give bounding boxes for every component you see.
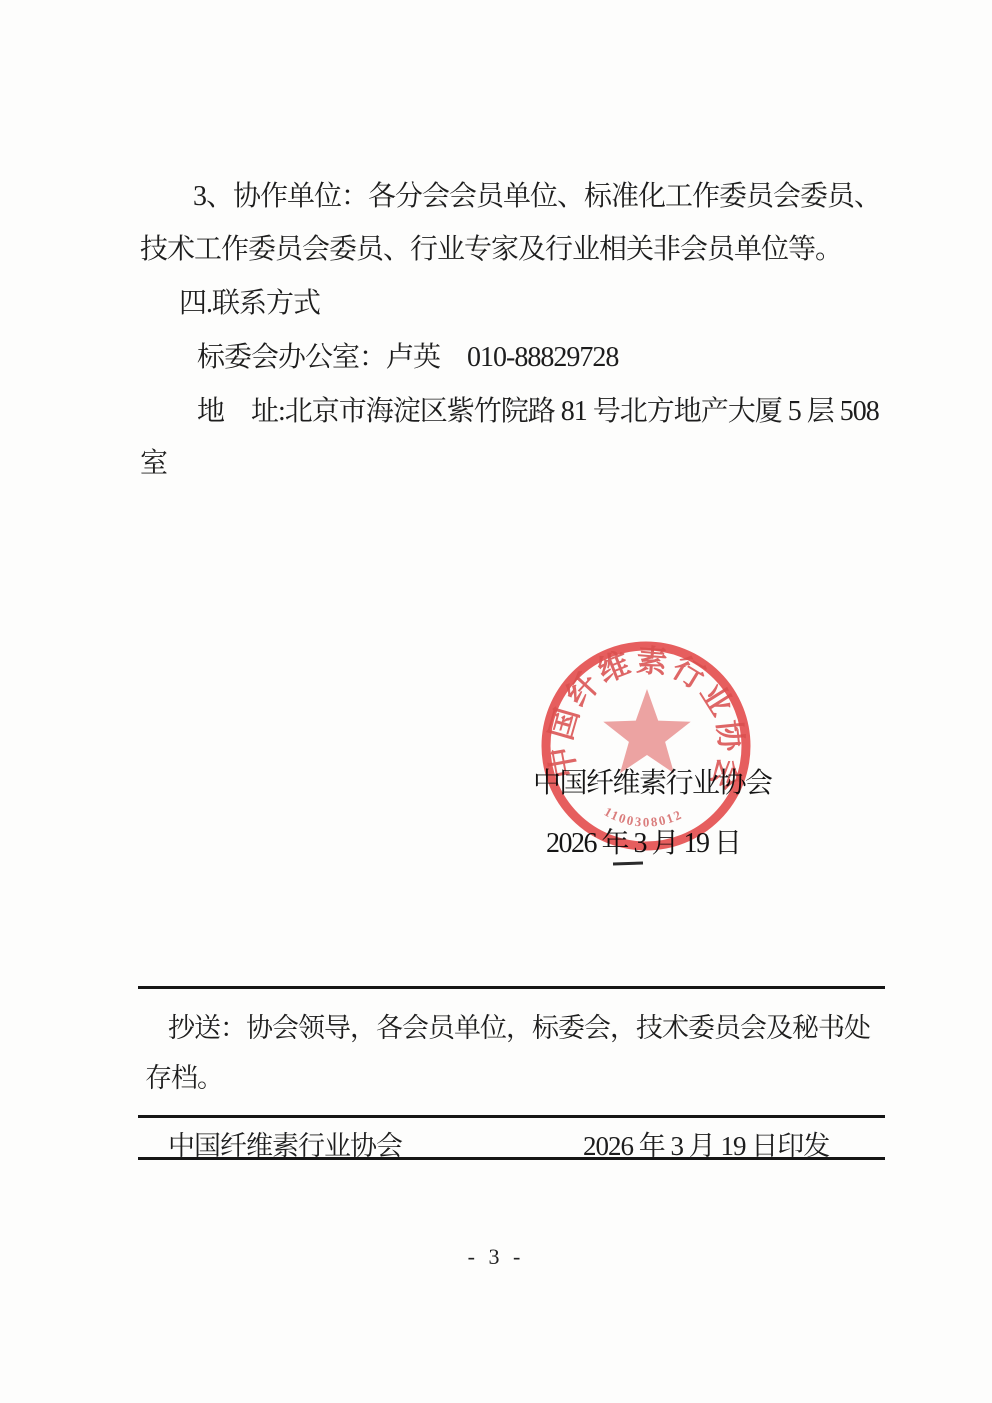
document-page: 3、协作单位：各分会会员单位、标准化工作委员会委员、 技术工作委员会委员、行业专… [0, 0, 992, 1403]
paragraph-cooperating-units-line2: 技术工作委员会委员、行业专家及行业相关非会员单位等。 [140, 227, 842, 267]
address-line2: 室 [140, 441, 167, 481]
address-line1: 地 址:北京市海淀区紫竹院路 81 号北方地产大厦 5 层 508 [197, 389, 879, 429]
page-number: - 3 - [0, 1244, 992, 1270]
footer-rule-middle [138, 1115, 885, 1118]
contact-office-line: 标委会办公室：卢英 010-88829728 [197, 335, 618, 375]
cc-list-line2: 存档。 [145, 1056, 223, 1095]
official-seal-stamp: 中国纤维素行业协会 1100308012 [518, 610, 780, 888]
footer-rule-bottom [138, 1157, 885, 1160]
section-heading-contact: 四.联系方式 [179, 281, 320, 321]
seal-icon: 中国纤维素行业协会 1100308012 [518, 610, 780, 888]
svg-text:1100308012: 1100308012 [602, 804, 685, 830]
footer-rule-top [138, 986, 885, 989]
paragraph-cooperating-units-line1: 3、协作单位：各分会会员单位、标准化工作委员会委员、 [193, 174, 881, 214]
cc-list-line1: 抄送：协会领导，各会员单位，标委会，技术委员会及秘书处 [168, 1006, 870, 1045]
seal-registration-code: 1100308012 [602, 804, 685, 830]
seal-star-icon [603, 689, 690, 773]
